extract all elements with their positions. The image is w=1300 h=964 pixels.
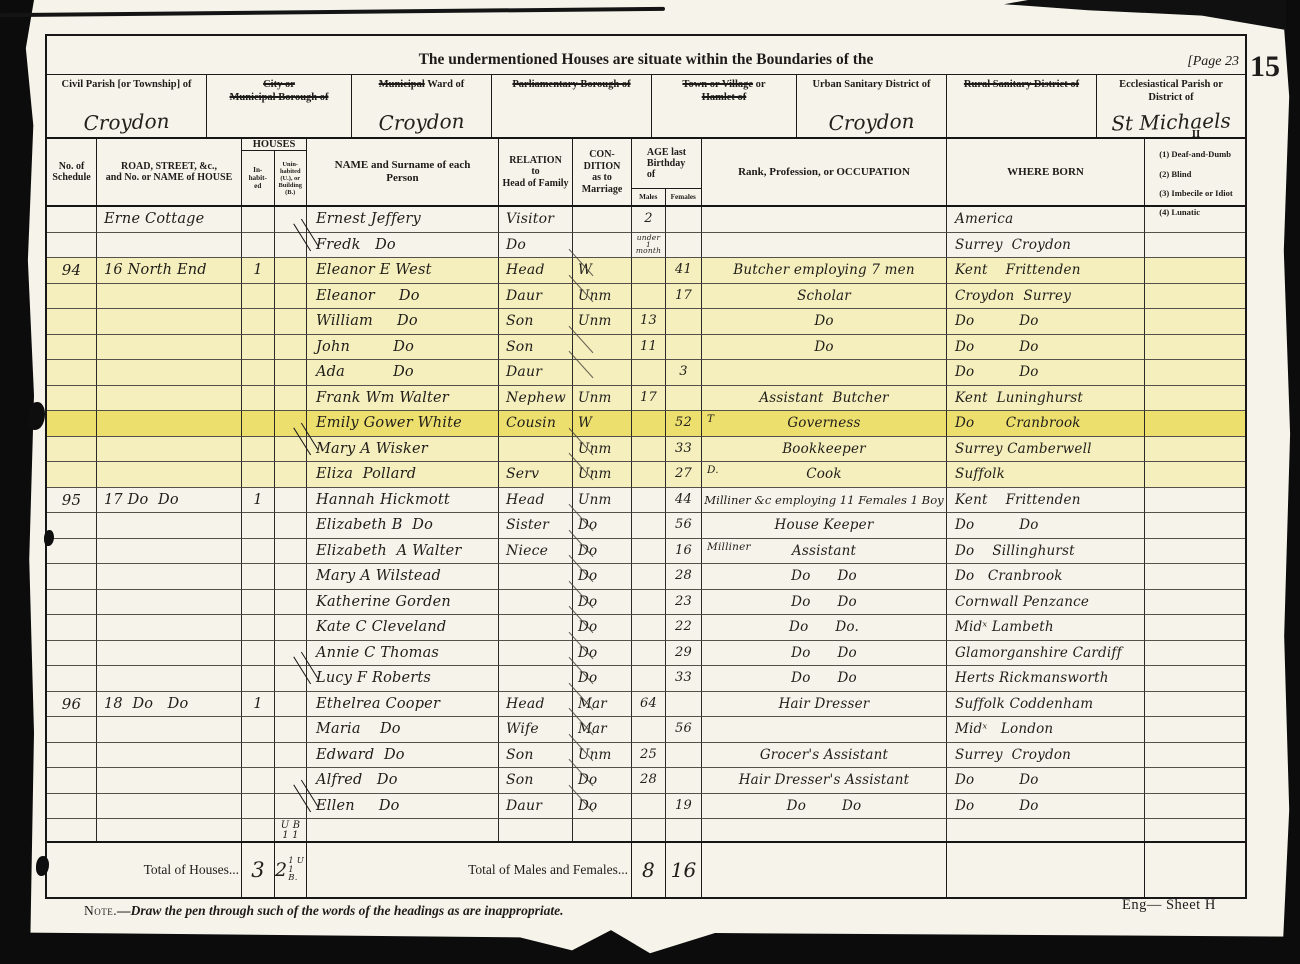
cell-infirmity (1145, 233, 1245, 259)
cell-houses-uninhabited (275, 666, 307, 692)
cell-age-male: 64 (632, 692, 666, 718)
infirmity-item-2: (2) Blind (1159, 170, 1233, 180)
occupation-text: House Keeper (702, 513, 946, 537)
cell-relation: Visitor (499, 207, 573, 233)
cell-houses-uninhabited (275, 615, 307, 641)
cell-age-female: 3 (666, 360, 702, 386)
cell-age-male (632, 819, 666, 841)
header-males: Males (632, 189, 666, 205)
cell-houses-uninhabited (275, 233, 307, 259)
occupation-text: Hair Dresser (702, 692, 946, 716)
cell-person-name: Kate C Cleveland (307, 615, 499, 641)
scan-edge-bottom (0, 928, 1300, 964)
cell-person-name: Ethelrea Cooper (307, 692, 499, 718)
urban-sanitary-label: Urban Sanitary District of (812, 79, 930, 90)
cell-where-born: Do Cranbrook (947, 411, 1145, 437)
table-row: Ellen Do Daur Do 19 Do Do Do Do (47, 794, 1245, 820)
municipal-word-struck: Municipal (379, 79, 425, 90)
header-occupation: Rank, Profession, or OCCUPATION (702, 139, 947, 205)
cell-age-female: 27 (666, 462, 702, 488)
cell-age-female: 33 (666, 437, 702, 463)
cell-road-street (97, 233, 242, 259)
cell-condition: Unm (573, 743, 632, 769)
cell-schedule-number (47, 615, 97, 641)
or-label: or (753, 79, 766, 90)
cell-age-male (632, 564, 666, 590)
cell-occupation: Do Do (702, 794, 947, 820)
table-row: Edward Do Son Unm 25 Grocer's Assistant … (47, 743, 1245, 769)
cell-schedule-number (47, 360, 97, 386)
cell-infirmity (1145, 743, 1245, 769)
cell-condition: W (573, 258, 632, 284)
header-condition: CON- DITION as to Marriage (573, 139, 632, 205)
table-row: Annie C Thomas Do 29 Do Do Glamorganshir… (47, 641, 1245, 667)
header-where-born: WHERE BORN (947, 139, 1145, 205)
header-schedule: No. of Schedule (47, 139, 97, 205)
cell-road-street (97, 539, 242, 565)
cell-where-born: Do Do (947, 794, 1145, 820)
cell-schedule-number (47, 309, 97, 335)
cell-person-name: William Do (307, 309, 499, 335)
table-row: Lucy F Roberts Do 33 Do Do Herts Rickman… (47, 666, 1245, 692)
cell-relation: Wife (499, 717, 573, 743)
cell-relation: Serv (499, 462, 573, 488)
cell-relation: Son (499, 768, 573, 794)
folio-number: 15 (1250, 50, 1280, 84)
cell-infirmity (1145, 207, 1245, 233)
cell-infirmity (1145, 692, 1245, 718)
cell-relation: Head (499, 258, 573, 284)
cell-where-born: Do Do (947, 335, 1145, 361)
cell-where-born: America (947, 207, 1145, 233)
scan-streak-top (0, 7, 665, 17)
cell-condition: Unm (573, 309, 632, 335)
census-form: The undermentioned Houses are situate wi… (45, 34, 1247, 899)
cell-relation: Sister (499, 513, 573, 539)
cell-condition: Unm (573, 462, 632, 488)
cell-infirmity (1145, 590, 1245, 616)
cell-age-female: 56 (666, 717, 702, 743)
cell-age-female: 52 (666, 411, 702, 437)
cell-schedule-number (47, 666, 97, 692)
cell-schedule-number (47, 335, 97, 361)
ecclesiastical-parish-value: St Michaels (1097, 108, 1246, 136)
cell-relation (499, 564, 573, 590)
header-relation: RELATION to Head of Family (499, 139, 573, 205)
cell-occupation: Scholar (702, 284, 947, 310)
cell-condition: Mar (573, 717, 632, 743)
cell-age-female (666, 386, 702, 412)
cell-where-born: Suffolk Coddenham (947, 692, 1145, 718)
occupation-text: Do Do (702, 666, 946, 690)
cell-condition: Unm (573, 284, 632, 310)
cell-occupation: Bookkeeper (702, 437, 947, 463)
total-houses-label: Total of Houses... (47, 843, 242, 897)
totals-empty-infirmity (1145, 843, 1245, 897)
municipal-borough-cell: City or Municipal Borough of (207, 75, 352, 137)
cell-houses-inhabited (242, 819, 275, 841)
cell-relation: Cousin (499, 411, 573, 437)
occupation-text: Assistant Butcher (702, 386, 946, 410)
cell-occupation: MillinerAssistant (702, 539, 947, 565)
cell-schedule-number (47, 794, 97, 820)
cell-houses-inhabited: 1 (242, 488, 275, 514)
ink-blot (28, 402, 45, 430)
cell-person-name: Katherine Gorden (307, 590, 499, 616)
cell-occupation (702, 360, 947, 386)
cell-person-name: John Do (307, 335, 499, 361)
cell-age-female: 22 (666, 615, 702, 641)
cell-age-male (632, 641, 666, 667)
table-row: Mary A Wisker Unm 33 Bookkeeper Surrey C… (47, 437, 1245, 463)
cell-infirmity (1145, 513, 1245, 539)
cell-houses-inhabited (242, 513, 275, 539)
table-row: Alfred Do Son Do 28 Hair Dresser's Assis… (47, 768, 1245, 794)
header-uninhabited: Unin- habited (U.), or Building (B.) (275, 151, 307, 205)
cell-schedule-number (47, 743, 97, 769)
cell-relation: Head (499, 488, 573, 514)
ecclesiastical-parish-label: Ecclesiastical Parish or (1119, 79, 1223, 90)
header-infirmities: II (1) Deaf-and-Dumb (2) Blind (3) Imbec… (1145, 139, 1245, 205)
cell-infirmity (1145, 360, 1245, 386)
cell-person-name: Edward Do (307, 743, 499, 769)
table-row: Maria Do Wife Mar 56 Midˣ London (47, 717, 1245, 743)
cell-age-female (666, 743, 702, 769)
cell-infirmity (1145, 488, 1245, 514)
cell-infirmity (1145, 768, 1245, 794)
cell-infirmity (1145, 666, 1245, 692)
ecclesiastical-parish-cell: Ecclesiastical Parish or District of St … (1097, 75, 1245, 137)
cell-occupation: TGoverness (702, 411, 947, 437)
cell-relation: Nephew (499, 386, 573, 412)
table-row: John Do Son 11 Do Do Do (47, 335, 1245, 361)
cell-road-street (97, 437, 242, 463)
cell-houses-uninhabited (275, 462, 307, 488)
cell-infirmity (1145, 284, 1245, 310)
form-title: The undermentioned Houses are situate wi… (47, 51, 1245, 69)
occupation-text: Do Do (702, 794, 946, 818)
scan-edge-top-right (986, 0, 1286, 30)
cell-condition: Mar (573, 692, 632, 718)
occupation-prefix: Milliner (707, 542, 751, 552)
total-females: 16 (666, 843, 702, 897)
table-row: Kate C Cleveland Do 22 Do Do. Midˣ Lambe… (47, 615, 1245, 641)
cell-houses-uninhabited (275, 743, 307, 769)
cell-road-street: 17 Do Do (97, 488, 242, 514)
cell-occupation: Hair Dresser (702, 692, 947, 718)
cell-road-street (97, 819, 242, 841)
cell-condition: Unm (573, 386, 632, 412)
cell-occupation: Hair Dresser's Assistant (702, 768, 947, 794)
cell-age-female: 19 (666, 794, 702, 820)
cell-houses-uninhabited (275, 360, 307, 386)
cell-road-street (97, 360, 242, 386)
cell-houses-inhabited: 1 (242, 692, 275, 718)
cell-occupation: Grocer's Assistant (702, 743, 947, 769)
cell-where-born: Do Cranbrook (947, 564, 1145, 590)
hamlet-of-struck: Hamlet of (702, 92, 747, 103)
district-of-label: District of (1148, 92, 1193, 103)
cell-where-born: Do Do (947, 360, 1145, 386)
cell-where-born: Surrey Croydon (947, 743, 1145, 769)
cell-relation: Do (499, 233, 573, 259)
cell-where-born: Surrey Croydon (947, 233, 1145, 259)
cell-schedule-number: 95 (47, 488, 97, 514)
cell-where-born: Do Do (947, 513, 1145, 539)
cell-person-name: Mary A Wilstead (307, 564, 499, 590)
occupation-prefix: D. (707, 465, 719, 475)
occupation-text: Scholar (702, 284, 946, 308)
cell-occupation (702, 819, 947, 841)
cell-infirmity (1145, 717, 1245, 743)
cell-occupation: Do Do (702, 590, 947, 616)
cell-occupation: Do Do (702, 641, 947, 667)
cell-relation (499, 590, 573, 616)
cell-person-name: Lucy F Roberts (307, 666, 499, 692)
census-rows: Erne Cottage Ernest Jeffery Visitor 2 Am… (47, 207, 1245, 819)
cell-road-street: 16 North End (97, 258, 242, 284)
infirmity-item-1: (1) Deaf-and-Dumb (1159, 150, 1233, 160)
cell-schedule-number (47, 590, 97, 616)
municipal-ward-cell: Municipal Ward of Croydon (352, 75, 492, 137)
cell-houses-uninhabited (275, 692, 307, 718)
cell-where-born: Croydon Surrey (947, 284, 1145, 310)
cell-occupation: Do Do (702, 564, 947, 590)
cell-houses-uninhabited (275, 717, 307, 743)
cell-condition: Do (573, 513, 632, 539)
cell-age-female (666, 768, 702, 794)
occupation-text: Do Do (702, 590, 946, 614)
cell-age-male (632, 437, 666, 463)
title-band: The undermentioned Houses are situate wi… (47, 36, 1245, 75)
total-houses-inhabited: 3 (242, 843, 275, 897)
sheet-label: Eng— Sheet H (1122, 897, 1216, 914)
cell-relation (499, 641, 573, 667)
cell-where-born: Kent Luninghurst (947, 386, 1145, 412)
cell-road-street: Erne Cottage (97, 207, 242, 233)
cell-road-street (97, 666, 242, 692)
cell-road-street (97, 386, 242, 412)
cell-houses-inhabited (242, 794, 275, 820)
cell-houses-uninhabited-tally: U B 1 1 (275, 819, 307, 841)
footer-note: Note.—Draw the pen through such of the w… (84, 903, 563, 919)
cell-person-name: Eliza Pollard (307, 462, 499, 488)
table-row: Emily Gower White Cousin W 52 TGoverness… (47, 411, 1245, 437)
civil-parish-label: Civil Parish [or Township] of (62, 79, 192, 90)
cell-houses-uninhabited (275, 488, 307, 514)
cell-houses-uninhabited (275, 258, 307, 284)
cell-condition: Do (573, 615, 632, 641)
parliamentary-borough-cell: Parliamentary Borough of (492, 75, 652, 137)
cell-houses-inhabited (242, 437, 275, 463)
cell-road-street (97, 564, 242, 590)
header-inhabited: In- habit- ed (242, 151, 275, 205)
occupation-text: Do (702, 335, 946, 359)
cell-age-female: 56 (666, 513, 702, 539)
cell-relation: Son (499, 743, 573, 769)
cell-infirmity (1145, 615, 1245, 641)
note-label: Note. (84, 903, 117, 918)
cell-age-male (632, 258, 666, 284)
header-age-group: AGE last Birthday of Males Females (632, 139, 702, 205)
header-houses-group: HOUSES In- habit- ed Unin- habited (U.),… (242, 139, 307, 205)
cell-road-street (97, 641, 242, 667)
cell-occupation: D.Cook (702, 462, 947, 488)
table-row: Frank Wm Walter Nephew Unm 17 Assistant … (47, 386, 1245, 412)
cell-condition: Do (573, 768, 632, 794)
cell-houses-inhabited (242, 641, 275, 667)
cell-where-born: Suffolk (947, 462, 1145, 488)
occupation-text: Do (702, 309, 946, 333)
cell-schedule-number (47, 233, 97, 259)
cell-occupation: Do Do. (702, 615, 947, 641)
cell-infirmity (1145, 564, 1245, 590)
cell-infirmity (1145, 386, 1245, 412)
cell-schedule-number (47, 207, 97, 233)
header-name: NAME and Surname of each Person (307, 139, 499, 205)
header-females: Females (666, 189, 701, 205)
cell-age-female (666, 233, 702, 259)
cell-condition: Unm (573, 437, 632, 463)
cell-person-name: Elizabeth B Do (307, 513, 499, 539)
cell-age-male: 2 (632, 207, 666, 233)
cell-road-street (97, 462, 242, 488)
header-age: AGE last Birthday of (632, 139, 701, 188)
cell-schedule-number (47, 717, 97, 743)
cell-houses-inhabited (242, 539, 275, 565)
cell-road-street (97, 309, 242, 335)
cell-schedule-number (47, 641, 97, 667)
cell-where-born: Cornwall Penzance (947, 590, 1145, 616)
cell-relation: Daur (499, 360, 573, 386)
cell-houses-inhabited (242, 309, 275, 335)
cell-where-born: Do Sillinghurst (947, 539, 1145, 565)
cell-houses-inhabited (242, 615, 275, 641)
cell-schedule-number (47, 411, 97, 437)
table-row: Eleanor Do Daur Unm 17 Scholar Croydon S… (47, 284, 1245, 310)
cell-relation: Daur (499, 794, 573, 820)
cell-condition: Do (573, 641, 632, 667)
table-row: 94 16 North End 1 Eleanor E West Head W … (47, 258, 1245, 284)
cell-age-male: 13 (632, 309, 666, 335)
cell-occupation: Do Do (702, 666, 947, 692)
cell-age-female: 16 (666, 539, 702, 565)
table-row: Eliza Pollard Serv Unm 27 D.Cook Suffolk (47, 462, 1245, 488)
cell-road-street (97, 615, 242, 641)
cell-relation: Son (499, 309, 573, 335)
cell-person-name: Maria Do (307, 717, 499, 743)
cell-age-female: 28 (666, 564, 702, 590)
cell-condition: Do (573, 666, 632, 692)
cell-age-male (632, 411, 666, 437)
cell-relation (499, 819, 573, 841)
cell-age-female: 33 (666, 666, 702, 692)
cell-where-born: Herts Rickmansworth (947, 666, 1145, 692)
cell-age-female (666, 692, 702, 718)
cell-person-name: Hannah Hickmott (307, 488, 499, 514)
cell-infirmity (1145, 794, 1245, 820)
page-label: [Page 23 (1187, 54, 1239, 70)
column-headers: No. of Schedule ROAD, STREET, &c., and N… (47, 139, 1245, 207)
cell-schedule-number (47, 564, 97, 590)
occupation-text: Do Do. (702, 615, 946, 639)
cell-person-name: Frank Wm Walter (307, 386, 499, 412)
parliamentary-borough-label: Parliamentary Borough of (512, 79, 630, 90)
cell-schedule-number (47, 539, 97, 565)
rural-sanitary-label: Rural Sanitary District of (964, 79, 1079, 90)
cell-age-female: 29 (666, 641, 702, 667)
cell-houses-inhabited: 1 (242, 258, 275, 284)
cell-houses-uninhabited (275, 590, 307, 616)
city-or-label: City or (263, 79, 295, 90)
cell-age-male: 11 (632, 335, 666, 361)
table-row: William Do Son Unm 13 Do Do Do (47, 309, 1245, 335)
scan-edge-right (1282, 0, 1300, 964)
note-text: —Draw the pen through such of the words … (117, 903, 563, 918)
cell-relation (499, 666, 573, 692)
cell-person-name: Eleanor Do (307, 284, 499, 310)
cell-condition (573, 360, 632, 386)
cell-road-street (97, 717, 242, 743)
cell-occupation: Milliner &c employing 11 Females 1 Boy (702, 488, 947, 514)
cell-age-male: 17 (632, 386, 666, 412)
cell-age-female (666, 207, 702, 233)
cell-schedule-number (47, 768, 97, 794)
cell-relation: Niece (499, 539, 573, 565)
cell-person-name: Ellen Do (307, 794, 499, 820)
table-row: Ada Do Daur 3 Do Do (47, 360, 1245, 386)
occupation-text: Governess (702, 411, 946, 435)
cell-age-male (632, 284, 666, 310)
cell-infirmity (1145, 641, 1245, 667)
cell-where-born: Kent Frittenden (947, 488, 1145, 514)
occupation-prefix: T (707, 414, 714, 424)
cell-road-street: 18 Do Do (97, 692, 242, 718)
cell-condition: Unm (573, 488, 632, 514)
occupation-text: Cook (702, 462, 946, 486)
urban-sanitary-cell: Urban Sanitary District of Croydon (797, 75, 947, 137)
civil-parish-value: Croydon (47, 108, 207, 136)
occupation-text: Grocer's Assistant (702, 743, 946, 767)
uninhabited-total: 2 (275, 859, 287, 881)
cell-occupation: Butcher employing 7 men (702, 258, 947, 284)
cell-age-female (666, 309, 702, 335)
table-row: 96 18 Do Do 1 Ethelrea Cooper Head Mar 6… (47, 692, 1245, 718)
cell-age-male (632, 794, 666, 820)
urban-sanitary-value: Croydon (797, 108, 947, 136)
header-houses: HOUSES (242, 139, 306, 151)
cell-infirmity (1145, 437, 1245, 463)
cell-person-name: Mary A Wisker (307, 437, 499, 463)
cell-infirmity (1145, 411, 1245, 437)
cell-infirmity (1145, 819, 1245, 841)
totals-row: Total of Houses... 3 2 1 U 1 B. Total of… (47, 841, 1245, 897)
table-row-partial: U B 1 1 (47, 819, 1245, 841)
occupation-text: Bookkeeper (702, 437, 946, 461)
cell-houses-uninhabited (275, 309, 307, 335)
cell-houses-inhabited (242, 233, 275, 259)
occupation-text: Do Do (702, 564, 946, 588)
cell-condition: Do (573, 539, 632, 565)
cell-houses-inhabited (242, 564, 275, 590)
cell-relation (499, 437, 573, 463)
cell-occupation: Do (702, 309, 947, 335)
cell-relation: Daur (499, 284, 573, 310)
uninhabited-detail: 1 U 1 B. (288, 857, 306, 883)
total-houses-uninhabited: 2 1 U 1 B. (275, 843, 307, 897)
cell-where-born: Do Do (947, 768, 1145, 794)
cell-houses-inhabited (242, 411, 275, 437)
